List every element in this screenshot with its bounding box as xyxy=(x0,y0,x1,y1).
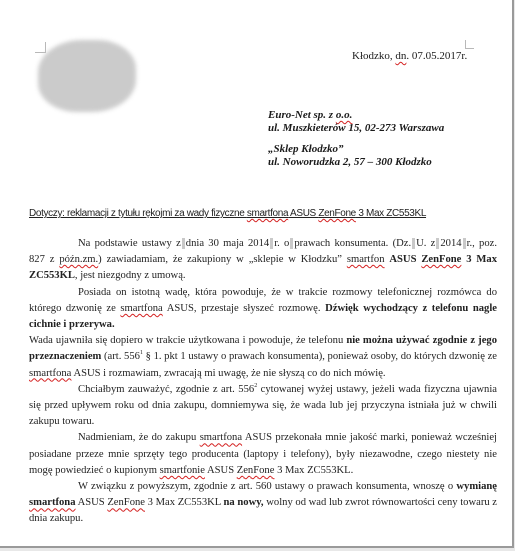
spellcheck-word[interactable]: ZenFone xyxy=(318,208,356,219)
shop-address: ul. Noworudzka 2, 57 – 300 Kłodzko xyxy=(268,156,444,169)
spellcheck-word[interactable]: ZenFone xyxy=(107,497,145,508)
place: Kłodzko, xyxy=(352,50,395,62)
recipient-company: Euro-Net sp. z o.o. xyxy=(268,109,444,122)
date: . 07.05.2017r. xyxy=(406,50,467,62)
subject-line[interactable]: Dotyczy: reklamacji z tytułu rękojmi za … xyxy=(29,208,426,219)
recipient-shop: „Sklep Kłodzko” xyxy=(268,143,444,156)
field-mark: U. z xyxy=(412,238,435,249)
spellcheck-word[interactable]: późn.zm. xyxy=(59,254,98,265)
spellcheck-word[interactable]: smartfona xyxy=(200,432,242,443)
subject-text: ASUS xyxy=(288,208,318,219)
spellcheck-word[interactable]: smartfon xyxy=(347,254,385,265)
field-mark: dnia 30 maja 2014 xyxy=(182,238,269,249)
paragraph-3: Wada ujawniła się dopiero w trakcie użyt… xyxy=(29,333,497,382)
spellcheck-word[interactable]: smartfona xyxy=(247,208,288,219)
spellcheck-word[interactable]: dn xyxy=(395,50,406,62)
spellcheck-word[interactable]: smartfona xyxy=(29,497,76,508)
letter-body[interactable]: Na podstawie ustawy zdnia 30 maja 2014r.… xyxy=(29,236,497,528)
paragraph-2: Posiada on istotną wadę, która powoduje,… xyxy=(29,285,497,334)
paragraph-1: Na podstawie ustawy zdnia 30 maja 2014r.… xyxy=(29,236,497,285)
paragraph-6: W związku z powyższym, zgodnie z art. 56… xyxy=(29,479,497,528)
subject-text: Dotyczy: reklamacji z tytułu rękojmi za … xyxy=(29,208,247,219)
field-mark: r. o xyxy=(270,238,289,249)
place-and-date[interactable]: Kłodzko, dn. 07.05.2017r. xyxy=(352,50,467,62)
text-boundary-corner-top-left xyxy=(35,42,46,53)
redacted-sender-address xyxy=(38,40,136,112)
paragraph-5: Nadmieniam, że do zakupu smartfona ASUS … xyxy=(29,430,497,479)
spellcheck-word[interactable]: smartfona xyxy=(29,368,71,379)
spellcheck-word[interactable]: smartfona xyxy=(120,303,162,314)
field-mark: prawach konsumenta. (Dz. xyxy=(290,238,411,249)
page-right-edge xyxy=(512,0,514,548)
recipient-address: ul. Muszkieterów 15, 02-273 Warszawa xyxy=(268,122,444,135)
spellcheck-word[interactable]: ZenFone xyxy=(237,465,275,476)
text-boundary-corner-top-right xyxy=(465,40,474,49)
spellcheck-word[interactable]: smartfonie xyxy=(160,465,205,476)
spellcheck-word[interactable]: ZenFone xyxy=(421,254,461,265)
recipient-block[interactable]: Euro-Net sp. z o.o. ul. Muszkieterów 15,… xyxy=(268,109,444,169)
spellcheck-word[interactable]: o.o. xyxy=(336,109,353,121)
company-name: Euro-Net sp. z xyxy=(268,109,336,121)
subject-text: 3 Max ZC553KL xyxy=(356,208,426,219)
field-mark: 2014 xyxy=(436,238,461,249)
paragraph-4: Chciałbym zauważyć, zgodnie z art. 5562 … xyxy=(29,382,497,431)
